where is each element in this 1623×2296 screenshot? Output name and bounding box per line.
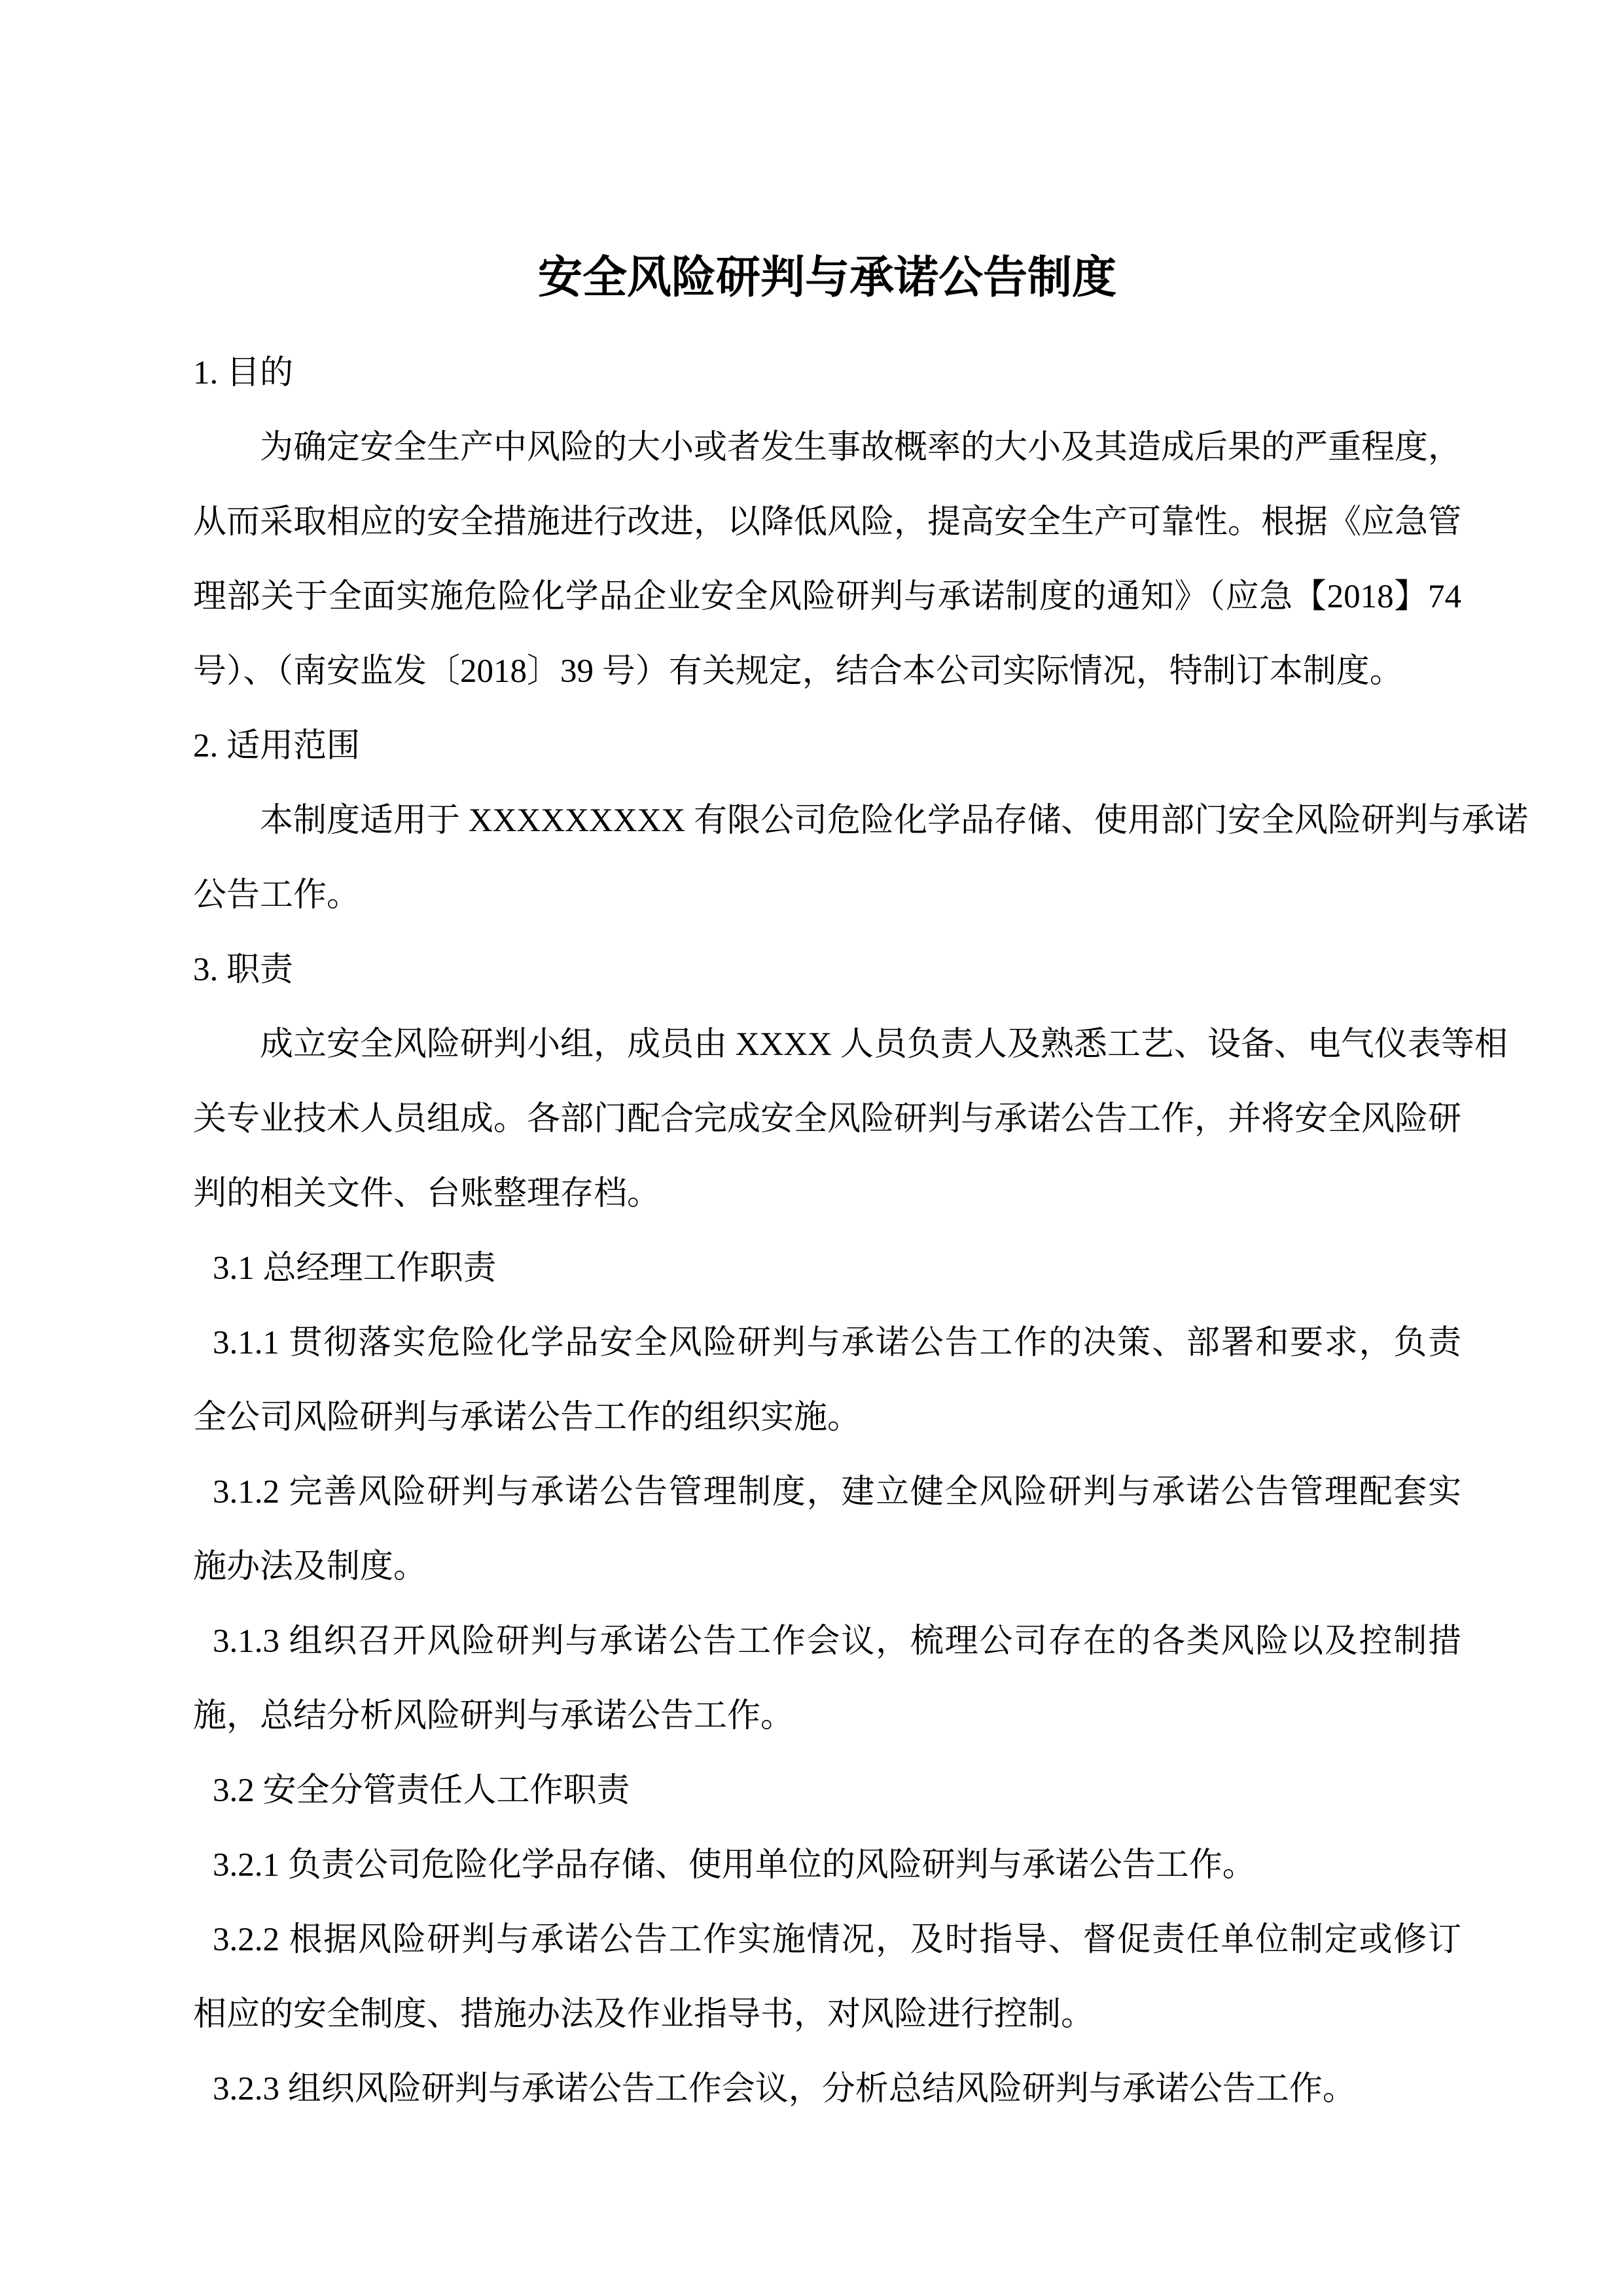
text-line: 相应的安全制度、措施办法及作业指导书，对风险进行控制。 xyxy=(193,1995,1461,2034)
text-line: 为确定安全生产中风险的大小或者发生事故概率的大小及其造成后果的严重程度， xyxy=(193,428,1461,467)
text-line: 关专业技术人员组成。各部门配合完成安全风险研判与承诺公告工作，并将安全风险研 xyxy=(193,1100,1461,1139)
text-line: 施，总结分析风险研判与承诺公告工作。 xyxy=(193,1696,1461,1736)
text-line: 3. 职责 xyxy=(193,950,1461,990)
text-line: 理部关于全面实施危险化学品企业安全风险研判与承诺制度的通知》（应急【2018】7… xyxy=(193,577,1461,617)
text-line: 从而采取相应的安全措施进行改进，以降低风险，提高安全生产可靠性。根据《应急管 xyxy=(193,503,1461,542)
document-title: 安全风险研判与承诺公告制度 xyxy=(193,251,1461,304)
text-line: 3.2.2 根据风险研判与承诺公告工作实施情况，及时指导、督促责任单位制定或修订 xyxy=(193,1920,1461,1960)
text-line: 3.2.3 组织风险研判与承诺公告工作会议，分析总结风险研判与承诺公告工作。 xyxy=(193,2070,1461,2109)
text-line: 3.2 安全分管责任人工作职责 xyxy=(193,1771,1461,1810)
text-line: 3.2.1 负责公司危险化学品存储、使用单位的风险研判与承诺公告工作。 xyxy=(193,1846,1461,1885)
text-line: 2. 适用范围 xyxy=(193,726,1461,766)
text-line: 1. 目的 xyxy=(193,353,1461,393)
text-line: 本制度适用于 XXXXXXXXX 有限公司危险化学品存储、使用部门安全风险研判与… xyxy=(193,801,1461,840)
text-line: 3.1 总经理工作职责 xyxy=(193,1249,1461,1288)
text-line: 全公司风险研判与承诺公告工作的组织实施。 xyxy=(193,1398,1461,1437)
text-line: 3.1.3 组织召开风险研判与承诺公告工作会议，梳理公司存在的各类风险以及控制措 xyxy=(193,1622,1461,1661)
text-line: 公告工作。 xyxy=(193,876,1461,915)
text-line: 3.1.2 完善风险研判与承诺公告管理制度，建立健全风险研判与承诺公告管理配套实 xyxy=(193,1473,1461,1512)
text-line: 号）、（南安监发〔2018〕39 号）有关规定，结合本公司实际情况，特制订本制度… xyxy=(193,652,1461,691)
text-line: 施办法及制度。 xyxy=(193,1547,1461,1587)
text-line: 成立安全风险研判小组，成员由 XXXX 人员负责人及熟悉工艺、设备、电气仪表等相 xyxy=(193,1025,1461,1064)
text-line: 判的相关文件、台账整理存档。 xyxy=(193,1174,1461,1213)
text-line: 3.1.1 贯彻落实危险化学品安全风险研判与承诺公告工作的决策、部署和要求，负责 xyxy=(193,1323,1461,1363)
document-page: 安全风险研判与承诺公告制度 1. 目的为确定安全生产中风险的大小或者发生事故概率… xyxy=(0,0,1623,2296)
